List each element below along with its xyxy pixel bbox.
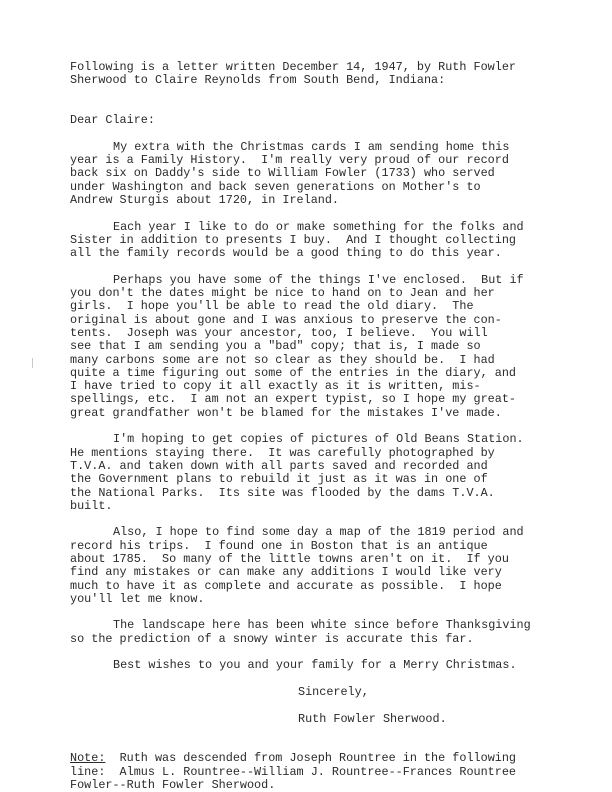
paragraph-line: year is a Family History. I'm really ver… — [70, 154, 590, 167]
paragraph-line: Best wishes to you and your family for a… — [70, 659, 590, 672]
header-line: Following is a letter written December 1… — [70, 61, 590, 74]
paragraph: Best wishes to you and your family for a… — [70, 659, 590, 672]
paragraph-line: My extra with the Christmas cards I am s… — [70, 141, 590, 154]
paragraph: My extra with the Christmas cards I am s… — [70, 141, 590, 207]
paragraph: Each year I like to do or make something… — [70, 221, 590, 261]
paragraph-line: much to have it as complete and accurate… — [70, 580, 590, 593]
paragraph-line: quite a time figuring out some of the en… — [70, 367, 590, 380]
paragraph-line: built. — [70, 500, 590, 513]
genealogy-note: Note: Ruth was descended from Joseph Rou… — [70, 752, 590, 792]
paragraph-line: Andrew Sturgis about 1720, in Ireland. — [70, 194, 590, 207]
paragraph-line: girls. I hope you'll be able to read the… — [70, 300, 590, 313]
paragraph-line: He mentions staying there. It was carefu… — [70, 447, 590, 460]
paragraph-line: you'll let me know. — [70, 593, 590, 606]
salutation: Dear Claire: — [70, 114, 590, 127]
note-text: line: Almus L. Rountree--William J. Roun… — [70, 766, 590, 779]
paragraph-line: under Washington and back seven generati… — [70, 181, 590, 194]
paragraph-line: all the family records would be a good t… — [70, 247, 590, 260]
paragraph: The landscape here has been white since … — [70, 619, 590, 646]
paragraph-line: Sister in addition to presents I buy. An… — [70, 234, 590, 247]
letter-body: My extra with the Christmas cards I am s… — [70, 141, 590, 686]
paragraph-line: I'm hoping to get copies of pictures of … — [70, 433, 590, 446]
paragraph-line: you don't the dates might be nice to han… — [70, 287, 590, 300]
paragraph-line: I have tried to copy it all exactly as i… — [70, 380, 590, 393]
paragraph-line: record his trips. I found one in Boston … — [70, 540, 590, 553]
margin-mark — [32, 358, 33, 368]
paragraph-line: Each year I like to do or make something… — [70, 221, 590, 234]
paragraph-line: so the prediction of a snowy winter is a… — [70, 633, 590, 646]
intro-header: Following is a letter written December 1… — [70, 61, 590, 88]
paragraph-line: The landscape here has been white since … — [70, 619, 590, 632]
paragraph-line: about 1785. So many of the little towns … — [70, 553, 590, 566]
signature: Ruth Fowler Sherwood. — [70, 713, 590, 726]
paragraph-line: Perhaps you have some of the things I've… — [70, 274, 590, 287]
paragraph-line: Also, I hope to find some day a map of t… — [70, 526, 590, 539]
paragraph-line: tents. Joseph was your ancestor, too, I … — [70, 327, 590, 340]
paragraph: Also, I hope to find some day a map of t… — [70, 526, 590, 606]
closing: Sincerely, — [70, 686, 590, 699]
paragraph-line: original is about gone and I was anxious… — [70, 314, 590, 327]
paragraph-line: great grandfather won't be blamed for th… — [70, 407, 590, 420]
note-label: Note: — [70, 751, 105, 765]
paragraph: Perhaps you have some of the things I've… — [70, 274, 590, 420]
header-line: Sherwood to Claire Reynolds from South B… — [70, 74, 590, 87]
paragraph-line: T.V.A. and taken down with all parts sav… — [70, 460, 590, 473]
paragraph-line: the Government plans to rebuild it just … — [70, 473, 590, 486]
paragraph-line: many carbons some are not so clear as th… — [70, 354, 590, 367]
note-text: Ruth was descended from Joseph Rountree … — [105, 751, 516, 765]
paragraph: I'm hoping to get copies of pictures of … — [70, 433, 590, 513]
note-text: Fowler--Ruth Fowler Sherwood. — [70, 779, 590, 792]
paragraph-line: see that I am sending you a "bad" copy; … — [70, 340, 590, 353]
letter-page: Following is a letter written December 1… — [70, 61, 590, 792]
paragraph-line: the National Parks. Its site was flooded… — [70, 487, 590, 500]
paragraph-line: spellings, etc. I am not an expert typis… — [70, 393, 590, 406]
paragraph-line: back six on Daddy's side to William Fowl… — [70, 167, 590, 180]
paragraph-line: find any mistakes or can make any additi… — [70, 566, 590, 579]
